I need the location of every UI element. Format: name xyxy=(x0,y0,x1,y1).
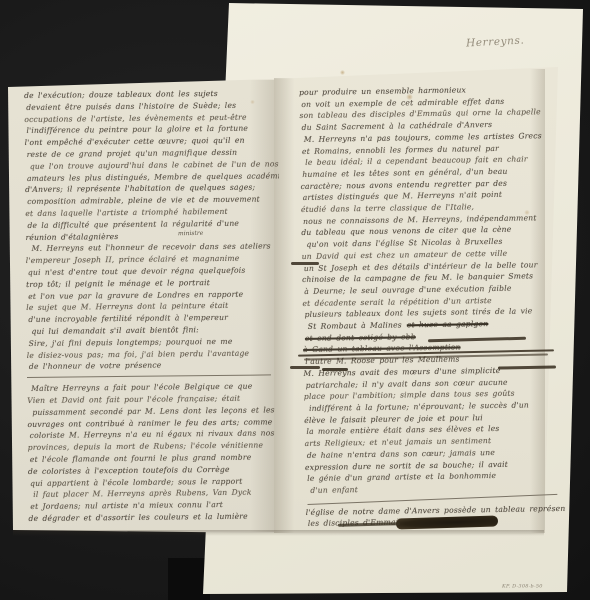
ink-strikethrough xyxy=(291,262,319,265)
manuscript-line: de dégrader et d'assortir les couleurs e… xyxy=(28,510,282,524)
archive-number: KP. D-308-b-50 xyxy=(502,583,543,589)
photograph-of-manuscript: Herreyns. de l'exécution; douze tableaux… xyxy=(0,0,590,600)
struck-text: et huze aa gaplgen xyxy=(407,319,489,329)
interlinear-insertion: ministre xyxy=(178,230,203,237)
manuscript-text-right: pour produire un ensemble harmonieuxon v… xyxy=(299,83,566,539)
ink-strikethrough xyxy=(290,366,320,369)
manuscript-line: de l'honneur de votre présence xyxy=(29,359,281,373)
manuscript-text-left: de l'exécution; douze tableaux dont les … xyxy=(24,87,283,534)
foxing-spot xyxy=(340,70,345,75)
ink-strikethrough xyxy=(322,368,348,371)
